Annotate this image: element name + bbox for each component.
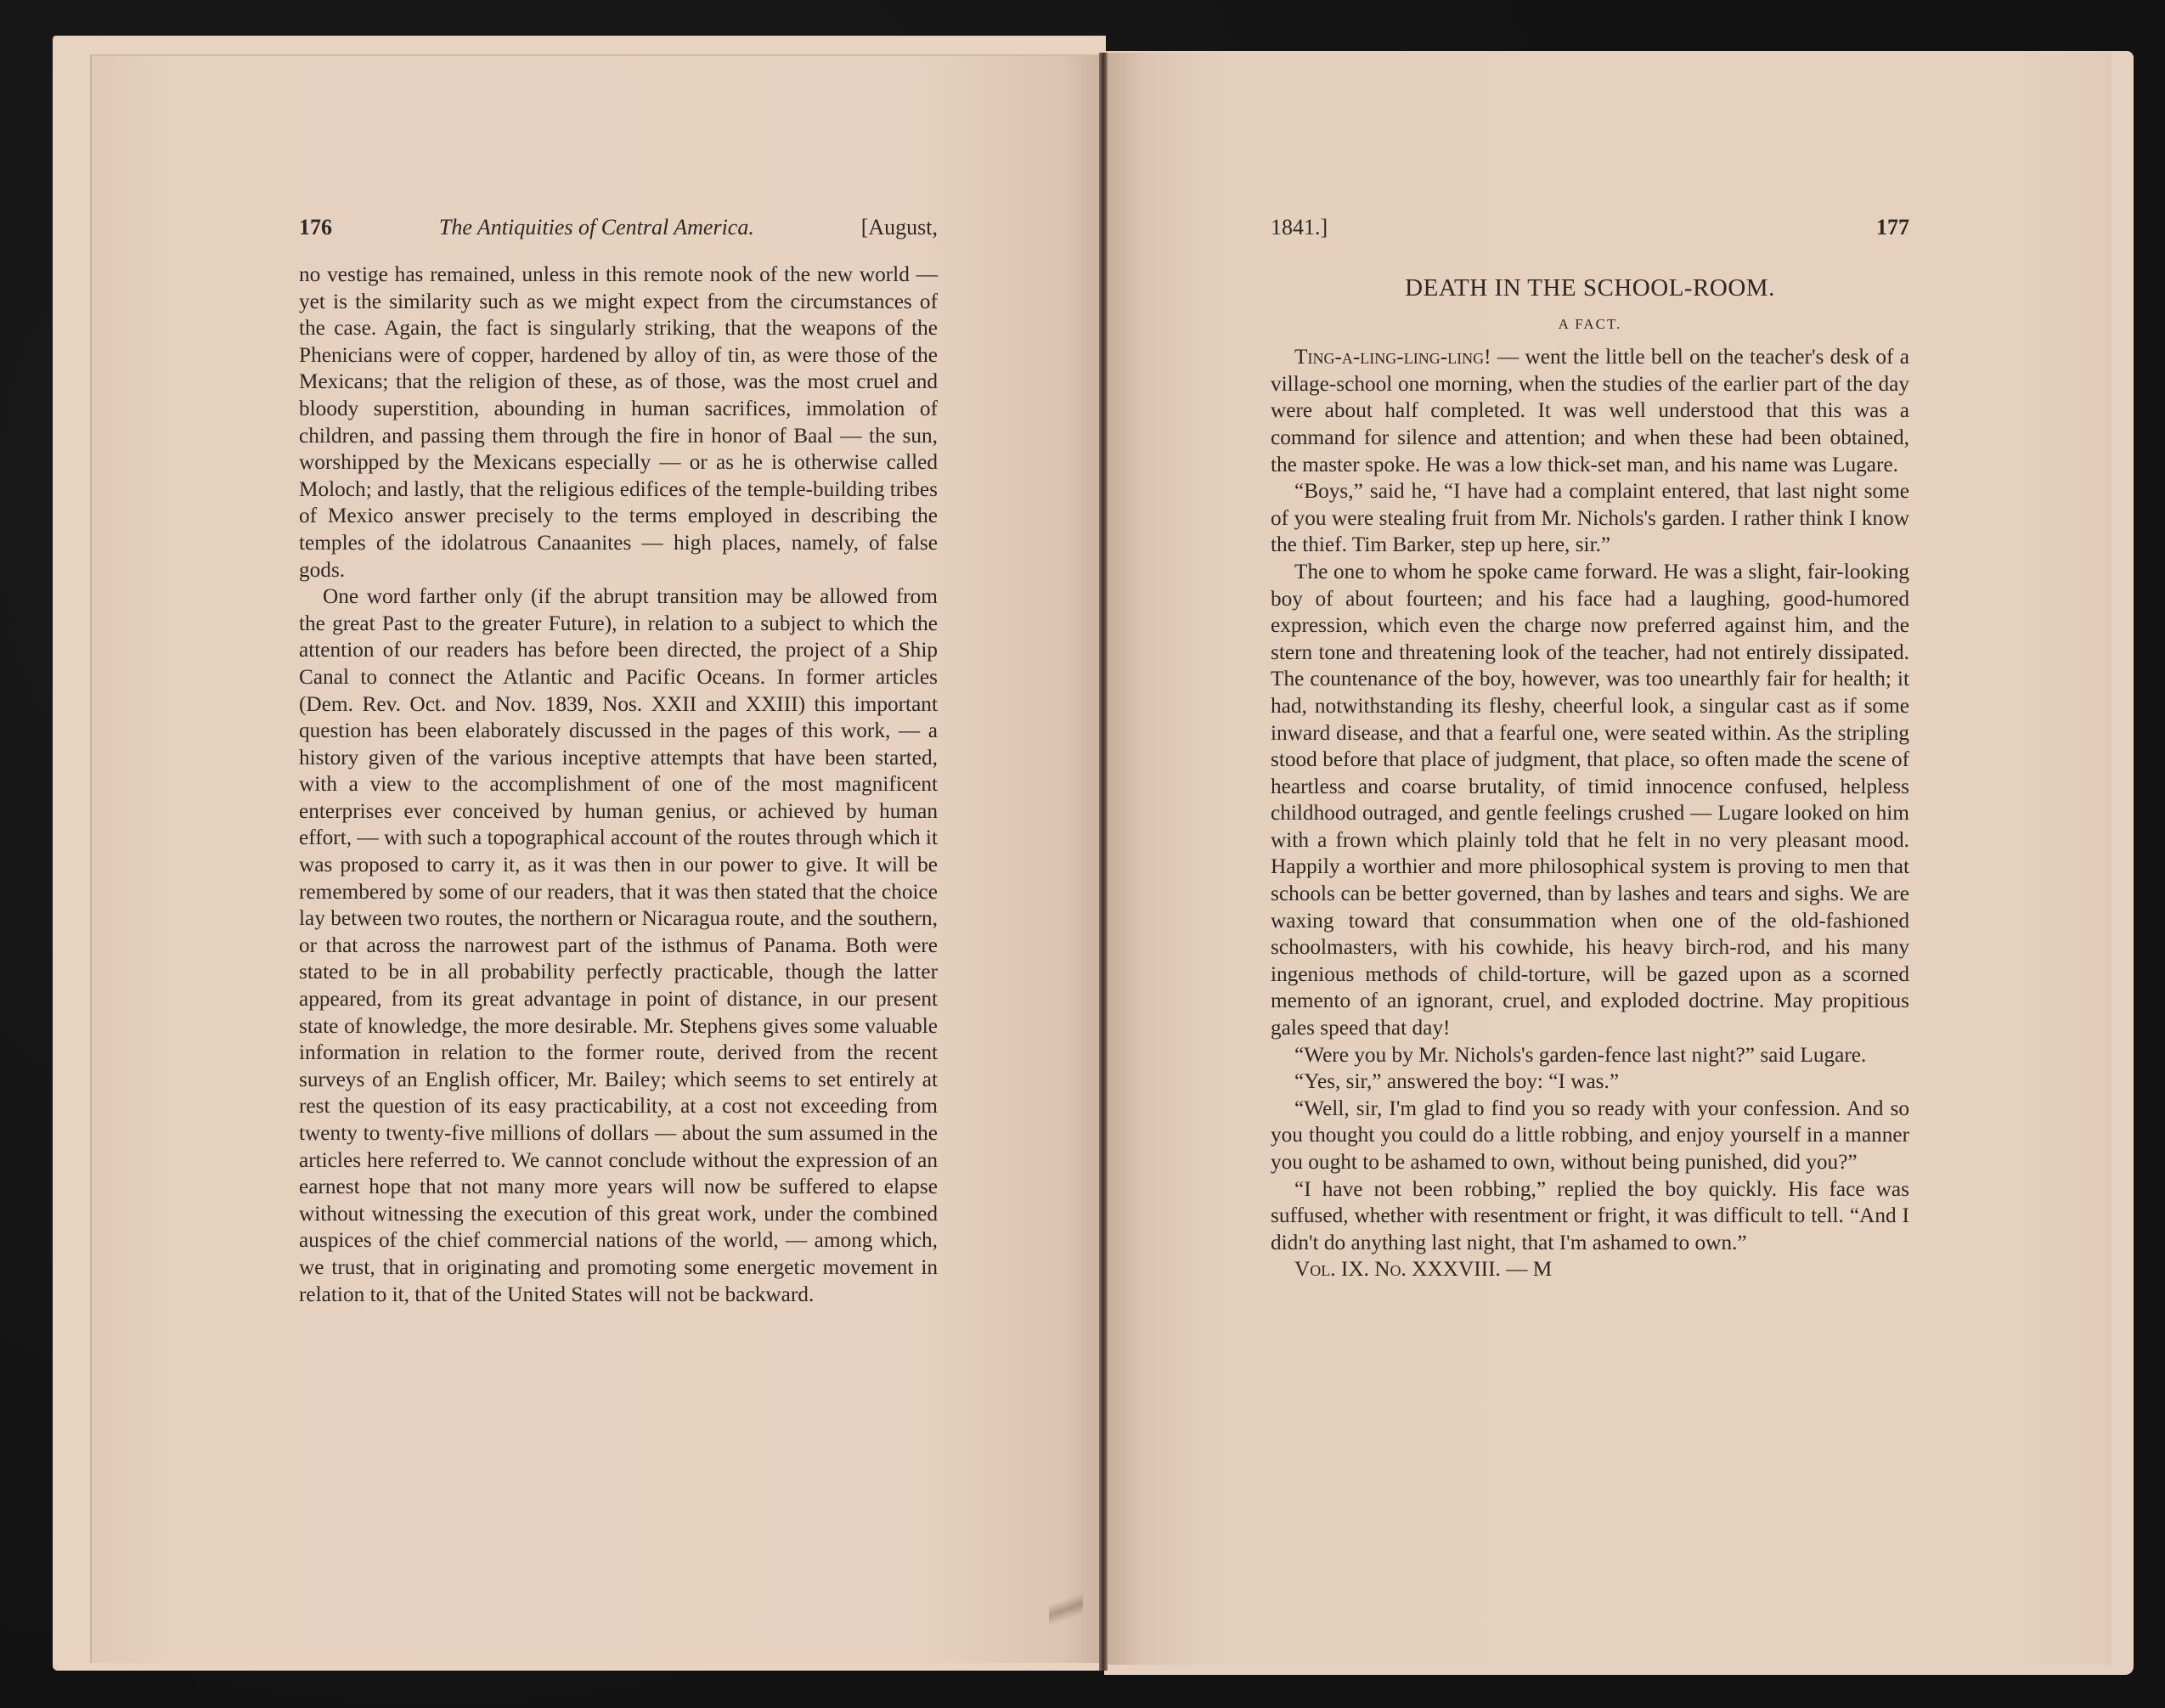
paragraph: Ting-a-ling-ling-ling! — went the little… (1271, 344, 1909, 478)
opening-smallcaps: Ting-a-ling-ling-ling (1294, 345, 1484, 369)
paragraph: no vestige has remained, unless in this … (299, 262, 938, 583)
right-text-column: 1841.] 177 DEATH IN THE SCHOOL-ROOM. A F… (1271, 214, 1909, 1283)
paragraph: One word farther only (if the abrupt tra… (299, 583, 938, 1308)
running-date-right: 1841.] (1271, 214, 1328, 241)
page-tear (1049, 1563, 1083, 1656)
paragraph: “Well, sir, I'm glad to find you so read… (1271, 1096, 1909, 1176)
right-running-head: 1841.] 177 (1271, 214, 1909, 241)
page-number-right: 177 (1876, 214, 1909, 241)
left-text-column: 176 The Antiquities of Central America. … (299, 214, 938, 1308)
paragraph: “I have not been robbing,” replied the b… (1271, 1176, 1909, 1257)
paragraph: “Were you by Mr. Nichols's garden-fence … (1271, 1042, 1909, 1069)
paragraph: “Boys,” said he, “I have had a complaint… (1271, 478, 1909, 559)
left-running-head: 176 The Antiquities of Central America. … (299, 214, 938, 241)
book-gutter (1099, 53, 1108, 1671)
article-subtitle: A FACT. (1271, 311, 1909, 338)
running-date-left: [August, (861, 214, 938, 241)
running-title: The Antiquities of Central America. (439, 214, 754, 241)
paragraph: The one to whom he spoke came forward. H… (1271, 559, 1909, 1042)
paragraph: “Yes, sir,” answered the boy: “I was.” (1271, 1068, 1909, 1096)
page-number-left: 176 (299, 214, 332, 241)
signature-mark: Vol. IX. No. XXXVIII. — M (1271, 1256, 1909, 1283)
article-title: DEATH IN THE SCHOOL-ROOM. (1271, 275, 1909, 302)
